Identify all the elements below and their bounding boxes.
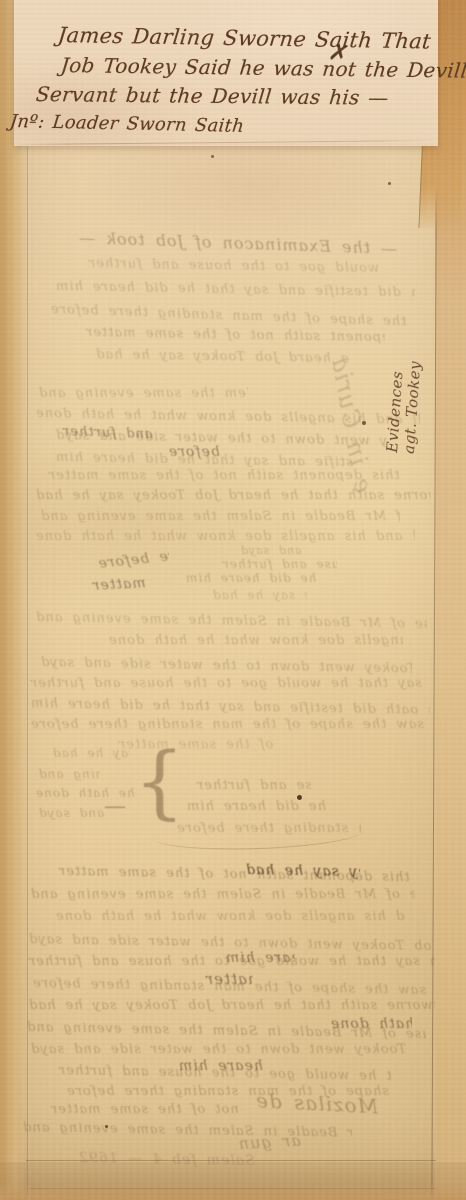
bleedthrough-line: being sworne saith that he heard Job Too… <box>35 488 431 509</box>
bleedthrough-line: that he saw the shape of the man standin… <box>168 444 228 467</box>
bleedthrough-line: being sworne saith that he heard Job Too… <box>28 998 436 1019</box>
bleedthrough-line: Sayth — the Examinacon of Job took — <box>78 228 409 266</box>
bleedthrough-line: that he saw the shape of the man standin… <box>66 1084 396 1105</box>
bleedthrough-line: upon his oath did testifie and say that … <box>186 799 336 820</box>
bleedthrough-line: and further this deponent saith not of t… <box>58 864 415 892</box>
page-left-edge-crease <box>27 0 28 1200</box>
bleedthrough-line: and the said Job Tookey went down to the… <box>38 806 110 826</box>
bleedthrough-line: that he saw the shape of the man standin… <box>97 549 171 579</box>
page-bottom-fold-margin <box>0 1162 466 1200</box>
bleedthrough-line: ar gun <box>237 1128 348 1160</box>
bleedthrough-line: upon his oath did testifie and say that … <box>225 950 295 973</box>
ink-dot <box>362 421 366 425</box>
ink-line: James Darling Sworne Saith That <box>57 23 432 53</box>
ink-dot <box>211 155 214 158</box>
bleedthrough-line: at the house of Mr Beadle in Salem the s… <box>22 1120 352 1147</box>
ink-line: Job Tookey Said he was not the Devills <box>60 53 466 83</box>
bleedthrough-line: at the house of Mr Beadle in Salem the s… <box>38 386 248 407</box>
bleedthrough-line: at the house of Mr Beadle in Salem the s… <box>40 509 400 530</box>
bleedthrough-line: the devill and his angells doe know what… <box>35 406 420 434</box>
bleedthrough-line: at the house of Mr Beadle in Salem the s… <box>35 610 427 638</box>
pasted-top-slip: James Darling Sworne Saith ThatJob Tooke… <box>14 0 438 146</box>
bleedthrough-line: being sworne saith that he heard Job Too… <box>245 862 360 887</box>
bleedthrough-line: he heard him say that he would goe to th… <box>30 676 426 697</box>
ink-dot <box>388 182 391 185</box>
manuscript-page: Sayth — the Examinacon of Job took —he h… <box>0 0 466 1200</box>
bleedthrough-line: he heard him say that he would goe to th… <box>88 256 388 283</box>
bleedthrough-line: upon his oath did testifie and say that … <box>55 450 355 477</box>
bleedthrough-line: he heard him say that he would goe to th… <box>28 954 438 975</box>
bleedthrough-line: Sworne in Curia <box>315 354 378 499</box>
page-left-fold-margin <box>0 0 27 1200</box>
ink-line: Jnº: Loader Sworn Saith <box>9 111 245 137</box>
endorsement-rotated-text: Evidences agt. Tookey <box>384 359 424 454</box>
bleedthrough-line: he heard him say that he would goe to th… <box>62 424 155 449</box>
bleedthrough-line: upon his oath did testifie and say that … <box>55 279 415 307</box>
bleedthrough-line: upon his oath did testifie and say that … <box>185 571 320 591</box>
bleedthrough-line: he heard him say that he would goe to th… <box>196 778 311 799</box>
bleedthrough-line: and the said Job Tookey went down to the… <box>55 428 387 455</box>
bleedthrough-line: the devill and his angells doe know what… <box>330 1016 412 1039</box>
bleedthrough-line: the devill and his angells doe know what… <box>55 909 405 930</box>
bleedthrough-line: upon his oath did testifie and say that … <box>178 1058 263 1081</box>
photo-grain-texture <box>0 0 466 1200</box>
bleedthrough-brace: } <box>134 742 185 822</box>
bleedthrough-line: and further this deponent saith not of t… <box>205 970 253 995</box>
bleedthrough-line: being sworne saith that he heard Job Too… <box>52 746 130 766</box>
bleedthrough-line: the devill and his angells doe know what… <box>108 633 403 654</box>
bottom-fold-crease-faint <box>30 1188 436 1189</box>
bleedthrough-swoosh-line <box>152 830 364 852</box>
bleedthrough-line: and further this deponent saith not of t… <box>85 325 385 352</box>
endorsement-line-2: agt. Tookey <box>401 360 424 454</box>
bottom-fold-crease <box>26 1160 436 1161</box>
bleedthrough-line: that he saw the shape of the man standin… <box>50 302 413 336</box>
bleedthrough-dash: — <box>104 794 126 819</box>
bleedthrough-line: he heard him say that he would goe to th… <box>222 557 337 577</box>
bleedthrough-line: Mozilas de <box>254 1088 386 1128</box>
bleedthrough-line: the devill and his angells doe know what… <box>35 529 415 550</box>
bleedthrough-line: and further this deponent saith not of t… <box>91 575 150 601</box>
bleedthrough-line: he heard him say that he would goe to th… <box>58 1063 393 1090</box>
bleedthrough-line: and the said Job Tookey went down to the… <box>40 655 412 683</box>
ink-line: Servant but the Devill was his — <box>35 82 390 110</box>
bleedthrough-line: and further this deponent saith not of t… <box>50 1102 250 1123</box>
bleedthrough-line: being sworne saith that he heard Job Too… <box>95 347 350 373</box>
bleedthrough-line: at the house of Mr Beadle in Salem the s… <box>26 1020 426 1048</box>
bleedthrough-line: and the said Job Tookey went down to the… <box>30 1042 415 1063</box>
ink-dot <box>297 795 302 800</box>
bleedthrough-line: that he saw the shape of the man standin… <box>30 717 430 738</box>
bleedthrough-line: upon his oath did testifie and say that … <box>30 696 430 724</box>
manuscript-photo: Sayth — the Examinacon of Job took —he h… <box>0 0 466 1200</box>
bleedthrough-line: being sworne saith that he heard Job Too… <box>212 588 307 608</box>
bleedthrough-line: at the house of Mr Beadle in Salem the s… <box>38 767 100 787</box>
bleedthrough-line: and the said Job Tookey went down to the… <box>240 544 310 562</box>
bleedthrough-line: at the house of Mr Beadle in Salem the s… <box>30 887 415 908</box>
ink-dot <box>105 1125 108 1128</box>
bleedthrough-line: that he saw the shape of the man standin… <box>32 976 432 1004</box>
bleedthrough-line: and the said Job Tookey went down to the… <box>28 932 433 961</box>
bleedthrough-line: and further this deponent saith not of t… <box>48 468 408 489</box>
